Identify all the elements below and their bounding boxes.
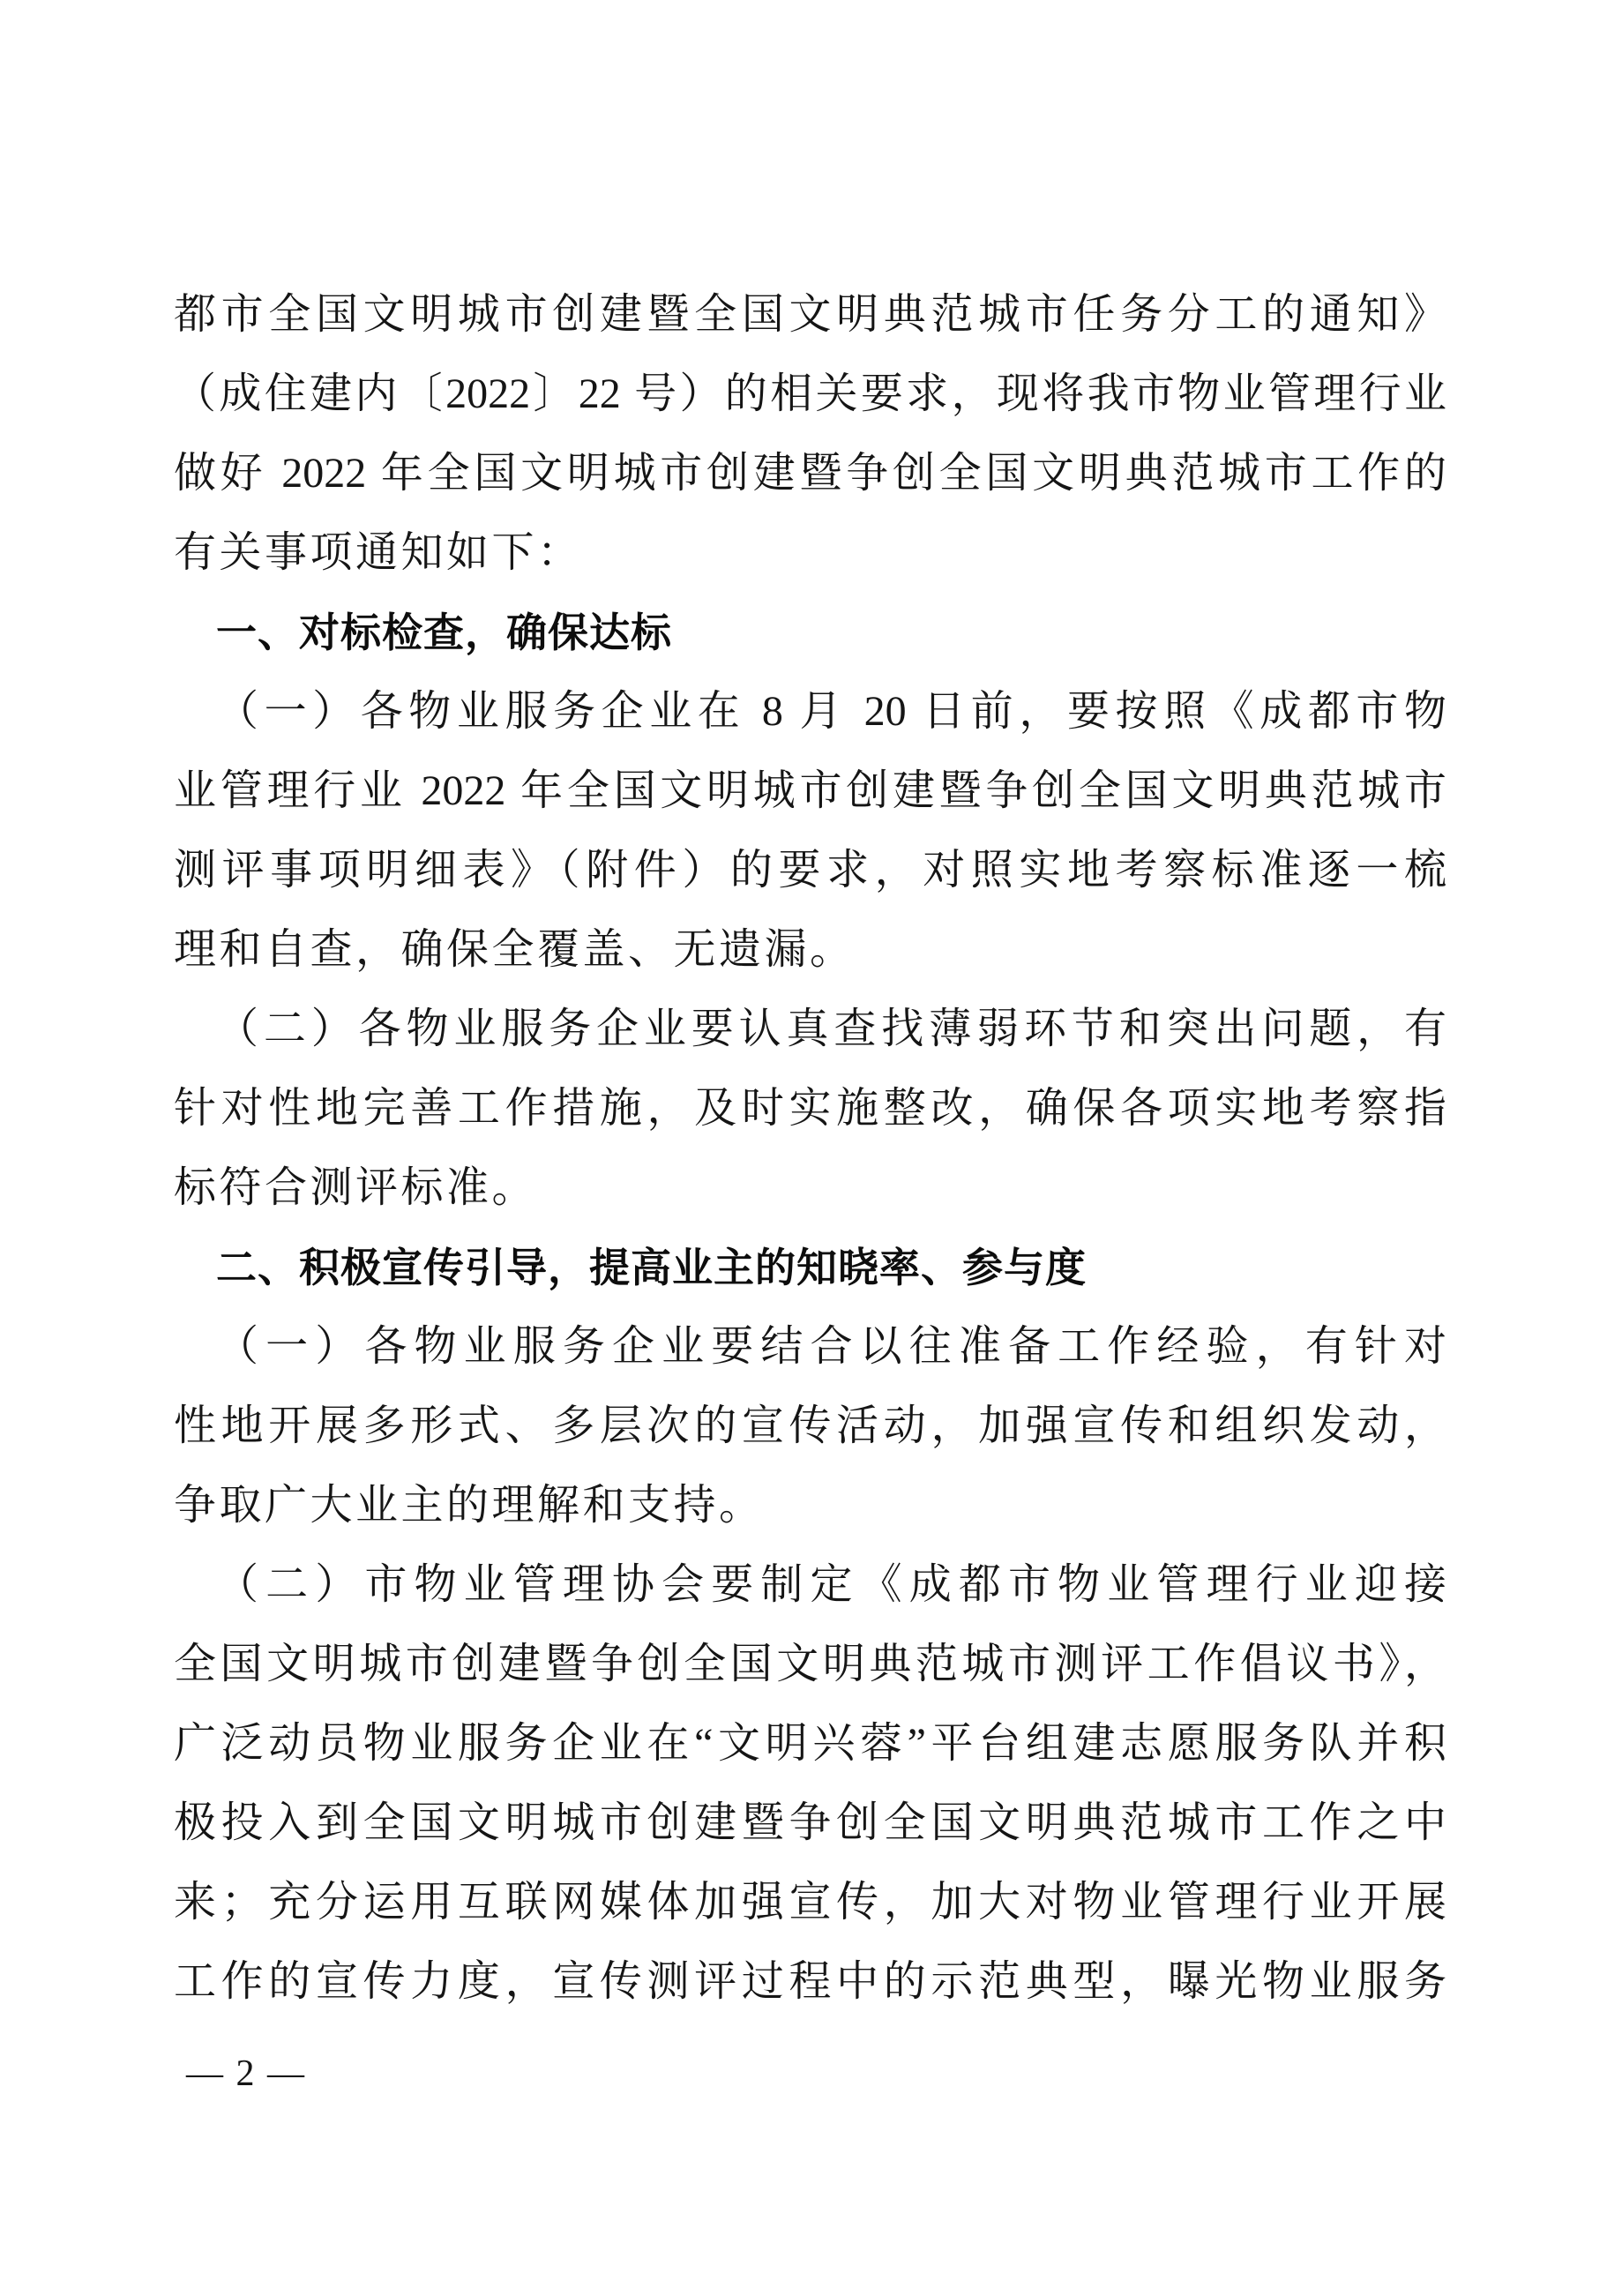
document-body: 都市全国文明城市创建暨全国文明典范城市任务分工的通知》（成住建内〔2022〕22…	[174, 275, 1446, 2022]
text-line: 全国文明城市创建暨争创全国文明典范城市测评工作倡议书》，	[174, 1625, 1446, 1704]
text-line: （一）各物业服务企业在 8 月 20 日前，要按照《成都市物	[174, 672, 1446, 752]
text-line: 有关事项通知如下：	[174, 513, 1446, 593]
section-heading: 一、对标检查，确保达标	[174, 593, 1446, 672]
text-line: 测评事项明细表》（附件）的要求，对照实地考察标准逐一梳	[174, 831, 1446, 910]
page-number: — 2 —	[186, 2053, 306, 2095]
text-line: （二）各物业服务企业要认真查找薄弱环节和突出问题，有	[174, 990, 1446, 1069]
text-line: （二）市物业管理协会要制定《成都市物业管理行业迎接	[174, 1545, 1446, 1625]
text-line: 广泛动员物业服务企业在“文明兴蓉”平台组建志愿服务队并积	[174, 1704, 1446, 1784]
text-line: 业管理行业 2022 年全国文明城市创建暨争创全国文明典范城市	[174, 752, 1446, 831]
text-line: 都市全国文明城市创建暨全国文明典范城市任务分工的通知》	[174, 275, 1446, 355]
text-line: 做好 2022 年全国文明城市创建暨争创全国文明典范城市工作的	[174, 434, 1446, 513]
text-line: 性地开展多形式、多层次的宣传活动，加强宣传和组织发动，	[174, 1387, 1446, 1466]
text-line: 来；充分运用互联网媒体加强宣传，加大对物业管理行业开展	[174, 1863, 1446, 1942]
text-line: 理和自查，确保全覆盖、无遗漏。	[174, 910, 1446, 990]
text-line: 争取广大业主的理解和支持。	[174, 1466, 1446, 1545]
text-line: 标符合测评标准。	[174, 1148, 1446, 1228]
text-line: （一）各物业服务企业要结合以往准备工作经验，有针对	[174, 1307, 1446, 1387]
text-line: 极投入到全国文明城市创建暨争创全国文明典范城市工作之中	[174, 1784, 1446, 1863]
section-heading: 二、积极宣传引导，提高业主的知晓率、参与度	[174, 1228, 1446, 1307]
document-page: 都市全国文明城市创建暨全国文明典范城市任务分工的通知》（成住建内〔2022〕22…	[0, 0, 1622, 2296]
text-line: 针对性地完善工作措施，及时实施整改，确保各项实地考察指	[174, 1069, 1446, 1148]
text-line: 工作的宣传力度，宣传测评过程中的示范典型，曝光物业服务	[174, 1942, 1446, 2022]
text-line: （成住建内〔2022〕22 号）的相关要求，现将我市物业管理行业	[174, 355, 1446, 434]
